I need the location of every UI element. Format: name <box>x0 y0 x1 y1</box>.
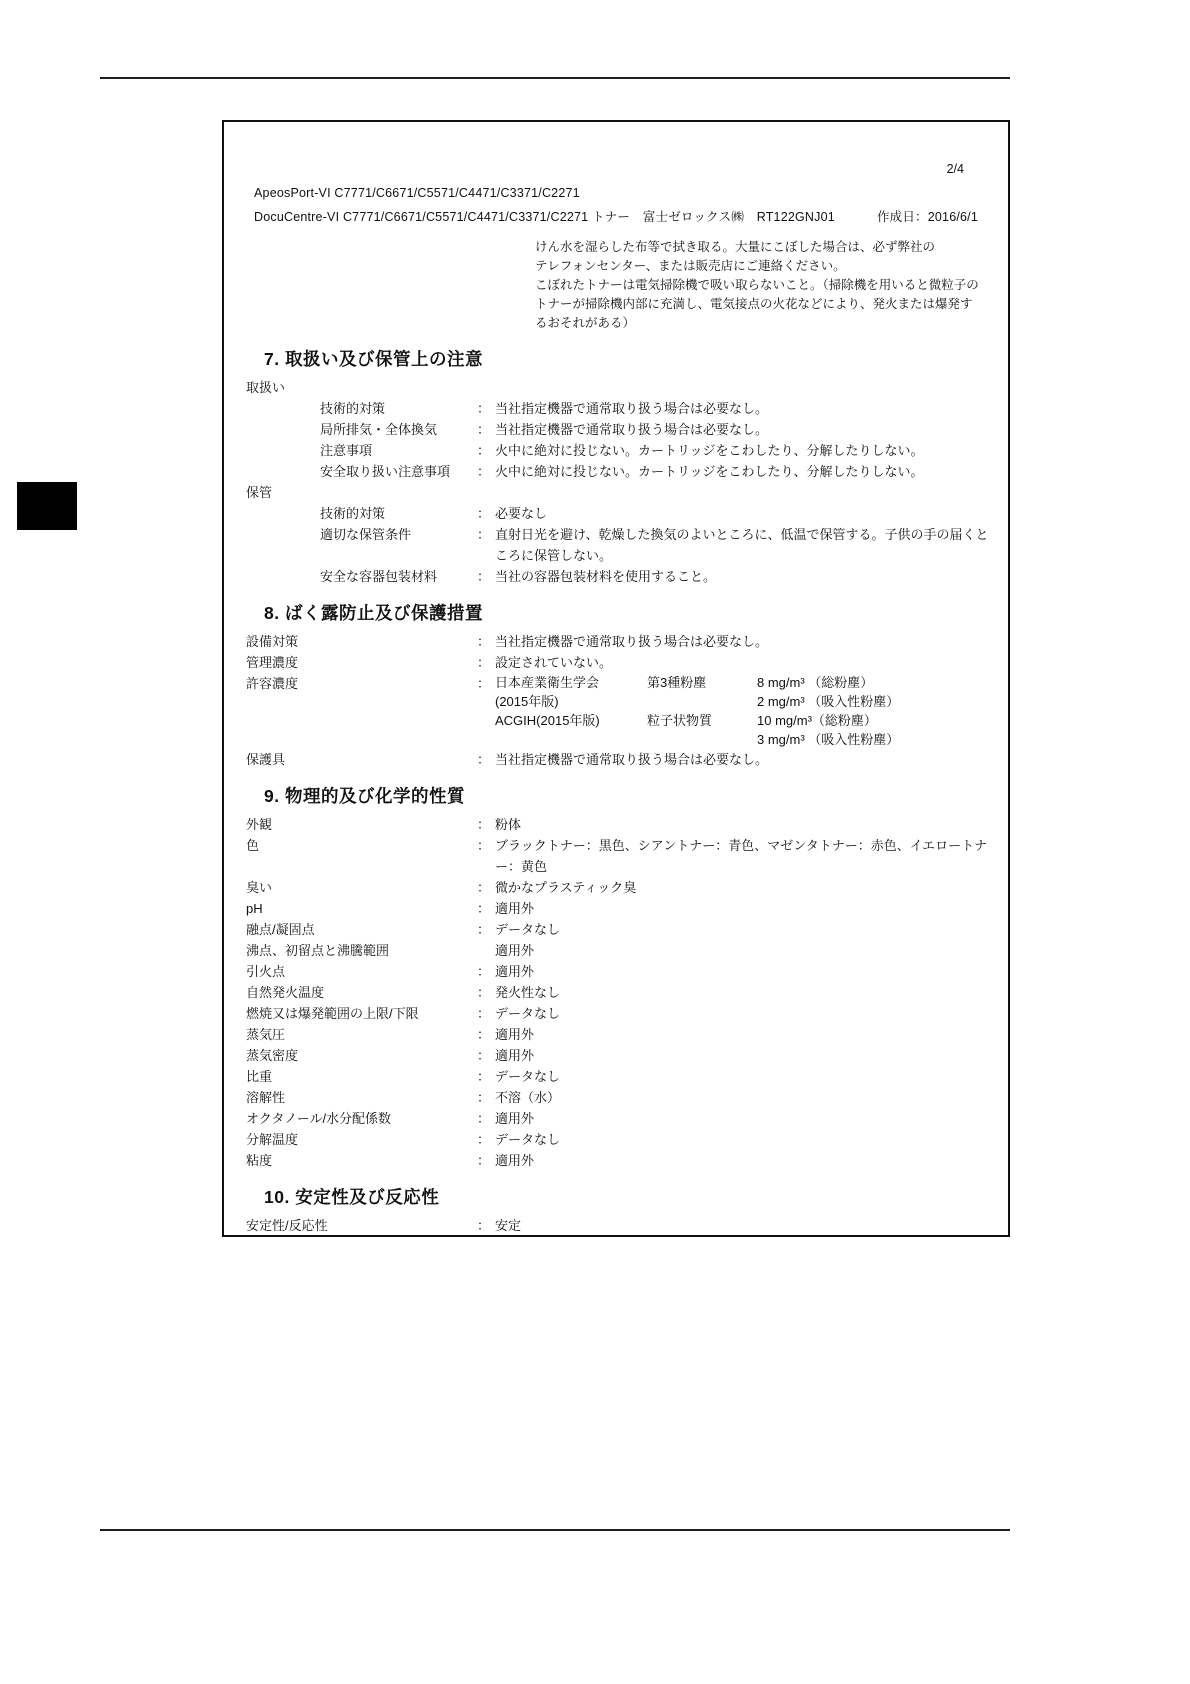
colon-separator: ： <box>477 524 495 566</box>
colon-separator: ： <box>477 652 495 673</box>
property-row: 保護具 ： 当社指定機器で通常取り扱う場合は必要なし。 <box>224 749 1008 770</box>
property-row: 燃焼又は爆発範囲の上限/下限 ： データなし <box>224 1003 1008 1024</box>
property-row: 安全な容器包装材料 ： 当社の容器包装材料を使用すること。 <box>224 566 1008 587</box>
property-value: 適用外 <box>495 961 1008 982</box>
colon-separator: ： <box>477 898 495 919</box>
property-value: 適用外 <box>495 1108 1008 1129</box>
property-label: 蒸気密度 <box>246 1045 477 1066</box>
property-row: 注意事項 ： 火中に絶対に投じない。カートリッジをこわしたり、分解したりしない。 <box>224 440 1008 461</box>
section-7: 7. 取扱い及び保管上の注意 取扱い 技術的対策 ： 当社指定機器で通常取り扱う… <box>224 346 1008 587</box>
property-row: 色 ： ブラックトナー：黒色、シアントナー：青色、マゼンタトナー：赤色、イエロー… <box>224 835 1008 877</box>
property-label: 色 <box>246 835 477 877</box>
group-label-handling: 取扱い <box>246 377 1008 398</box>
property-value: 当社指定機器で通常取り扱う場合は必要なし。 <box>495 419 1008 440</box>
property-row: 蒸気圧 ： 適用外 <box>224 1024 1008 1045</box>
property-value: 適用外 <box>495 940 1008 961</box>
property-value: 設定されていない。 <box>495 652 1008 673</box>
property-label: 比重 <box>246 1066 477 1087</box>
property-value: 当社の容器包装材料を使用すること。 <box>495 566 1008 587</box>
colon-separator: ： <box>477 461 495 482</box>
colon-separator: ： <box>477 814 495 835</box>
paragraph-line: けん水を湿らした布等で拭き取る。大量にこぼした場合は、必ず弊社の <box>535 238 984 257</box>
property-row: pH ： 適用外 <box>224 898 1008 919</box>
property-value: 当社指定機器で通常取り扱う場合は必要なし。 <box>495 398 1008 419</box>
property-row: 適切な保管条件 ： 直射日光を避け、乾燥した換気のよいところに、低温で保管する。… <box>224 524 1008 566</box>
property-value: 安定 <box>495 1215 1008 1236</box>
property-row: 外観 ： 粉体 <box>224 814 1008 835</box>
colon-separator: ： <box>477 1129 495 1150</box>
colon-separator: ： <box>477 1087 495 1108</box>
property-value: 可能性なし <box>495 1236 1008 1237</box>
property-label: 燃焼又は爆発範囲の上限/下限 <box>246 1003 477 1024</box>
bottom-rule <box>100 1529 1010 1531</box>
property-row: 引火点 ： 適用外 <box>224 961 1008 982</box>
property-label: 技術的対策 <box>320 398 477 419</box>
colon-separator: ： <box>477 503 495 524</box>
tolerance-value: 8 mg/m³ （総粉塵） <box>757 673 998 692</box>
section-9-title: 9. 物理的及び化学的性質 <box>264 783 1008 808</box>
group-label-storage: 保管 <box>246 482 1008 503</box>
property-row: 管理濃度 ： 設定されていない。 <box>224 652 1008 673</box>
property-row: 技術的対策 ： 必要なし <box>224 503 1008 524</box>
property-value: 火中に絶対に投じない。カートリッジをこわしたり、分解したりしない。 <box>495 440 1008 461</box>
sds-page: 2/4 ApeosPort-VI C7771/C6671/C5571/C4471… <box>222 120 1010 1237</box>
property-value: データなし <box>495 1066 1008 1087</box>
section-7-title: 7. 取扱い及び保管上の注意 <box>264 346 1008 371</box>
property-label: 局所排気・全体換気 <box>320 419 477 440</box>
colon-separator: ： <box>477 1066 495 1087</box>
property-label: 安全取り扱い注意事項 <box>320 461 477 482</box>
property-row: 安全取り扱い注意事項 ： 火中に絶対に投じない。カートリッジをこわしたり、分解し… <box>224 461 1008 482</box>
property-row: 設備対策 ： 当社指定機器で通常取り扱う場合は必要なし。 <box>224 631 1008 652</box>
colon-separator: ： <box>477 1215 495 1236</box>
property-value: 直射日光を避け、乾燥した換気のよいところに、低温で保管する。子供の手の届くところ… <box>495 524 1008 566</box>
property-row: 融点/凝固点 ： データなし <box>224 919 1008 940</box>
property-value: 適用外 <box>495 1150 1008 1171</box>
binding-mark <box>17 482 77 530</box>
colon-separator: ： <box>477 877 495 898</box>
paragraph-line: こぼれたトナーは電気掃除機で吸い取らないこと。（掃除機を用いると微粒子の <box>535 276 984 295</box>
property-label: 外観 <box>246 814 477 835</box>
property-row: 溶解性 ： 不溶（水） <box>224 1087 1008 1108</box>
colon-separator: ： <box>477 631 495 652</box>
colon-separator: ： <box>477 673 495 749</box>
property-value: 当社指定機器で通常取り扱う場合は必要なし。 <box>495 749 1008 770</box>
continued-paragraph: けん水を湿らした布等で拭き取る。大量にこぼした場合は、必ず弊社の テレフォンセン… <box>535 238 984 333</box>
property-row: 安定性/反応性 ： 安定 <box>224 1215 1008 1236</box>
section-8: 8. ばく露防止及び保護措置 設備対策 ： 当社指定機器で通常取り扱う場合は必要… <box>224 600 1008 770</box>
product-name-line1: ApeosPort-VI C7771/C6671/C5571/C4471/C33… <box>254 186 1008 200</box>
colon-separator: ： <box>477 835 495 877</box>
property-value: 微かなプラスティック臭 <box>495 877 1008 898</box>
tolerance-org <box>495 730 647 749</box>
property-value: 発火性なし <box>495 982 1008 1003</box>
property-label: 安定性/反応性 <box>246 1215 477 1236</box>
top-rule <box>100 77 1010 79</box>
tolerance-value: 3 mg/m³ （吸入性粉塵） <box>757 730 998 749</box>
colon-separator: ： <box>477 1024 495 1045</box>
tolerance-value: 10 mg/m³（総粉塵） <box>757 711 998 730</box>
created-date: 作成日：2016/6/1 <box>877 207 978 225</box>
property-value: ブラックトナー：黒色、シアントナー：青色、マゼンタトナー：赤色、イエロートナー：… <box>495 835 1008 877</box>
property-value: データなし <box>495 1129 1008 1150</box>
property-label: pH <box>246 898 477 919</box>
tolerance-org: (2015年版) <box>495 692 647 711</box>
colon-separator: ： <box>477 1150 495 1171</box>
property-value: 適用外 <box>495 898 1008 919</box>
section-10-title: 10. 安定性及び反応性 <box>264 1184 1008 1209</box>
colon-separator: ： <box>477 982 495 1003</box>
tolerance-org: ACGIH(2015年版) <box>495 711 647 730</box>
colon-separator: ： <box>477 1108 495 1129</box>
property-label: 管理濃度 <box>246 652 477 673</box>
property-label: オクタノール/水分配係数 <box>246 1108 477 1129</box>
section-10: 10. 安定性及び反応性 安定性/反応性 ： 安定 危険有害反応可能性 ： 可能… <box>224 1184 1008 1237</box>
property-label: 保護具 <box>246 749 477 770</box>
colon-separator: ： <box>477 398 495 419</box>
tolerance-org: 日本産業衛生学会 <box>495 673 647 692</box>
property-label: 適切な保管条件 <box>320 524 477 566</box>
page-number: 2/4 <box>224 122 1008 176</box>
property-value: 適用外 <box>495 1045 1008 1066</box>
property-row: 分解温度 ： データなし <box>224 1129 1008 1150</box>
property-value: 当社指定機器で通常取り扱う場合は必要なし。 <box>495 631 1008 652</box>
tolerance-row: 許容濃度 ： 日本産業衛生学会 第3種粉塵 8 mg/m³ （総粉塵） (201… <box>224 673 1008 749</box>
property-row: 粘度 ： 適用外 <box>224 1150 1008 1171</box>
colon-separator: ： <box>477 419 495 440</box>
property-row: 自然発火温度 ： 発火性なし <box>224 982 1008 1003</box>
tolerance-value: 2 mg/m³ （吸入性粉塵） <box>757 692 998 711</box>
tolerance-kind <box>647 730 757 749</box>
property-value: データなし <box>495 919 1008 940</box>
property-label: 自然発火温度 <box>246 982 477 1003</box>
property-value: 不溶（水） <box>495 1087 1008 1108</box>
property-row: 蒸気密度 ： 適用外 <box>224 1045 1008 1066</box>
property-row: オクタノール/水分配係数 ： 適用外 <box>224 1108 1008 1129</box>
property-row: 沸点、初留点と沸騰範囲 適用外 <box>224 940 1008 961</box>
property-label: 許容濃度 <box>246 673 477 749</box>
property-row: 比重 ： データなし <box>224 1066 1008 1087</box>
property-label: 臭い <box>246 877 477 898</box>
tolerance-kind: 粒子状物質 <box>647 711 757 730</box>
document-header-line2: DocuCentre-VI C7771/C6671/C5571/C4471/C3… <box>254 207 978 225</box>
property-value: データなし <box>495 1003 1008 1024</box>
property-label: 分解温度 <box>246 1129 477 1150</box>
colon-separator: ： <box>477 440 495 461</box>
property-label: 蒸気圧 <box>246 1024 477 1045</box>
property-label: 安全な容器包装材料 <box>320 566 477 587</box>
property-value: 必要なし <box>495 503 1008 524</box>
colon-separator: ： <box>477 1045 495 1066</box>
property-label: 設備対策 <box>246 631 477 652</box>
property-value: 適用外 <box>495 1024 1008 1045</box>
paragraph-line: テレフォンセンター、または販売店にご連絡ください。 <box>535 257 984 276</box>
paragraph-line: トナーが掃除機内部に充満し、電気接点の火花などにより、発火または爆発す <box>535 295 984 314</box>
tolerance-kind: 第3種粉塵 <box>647 673 757 692</box>
product-name-line2: DocuCentre-VI C7771/C6671/C5571/C4471/C3… <box>254 207 835 225</box>
property-label: 粘度 <box>246 1150 477 1171</box>
property-value: 火中に絶対に投じない。カートリッジをこわしたり、分解したりしない。 <box>495 461 1008 482</box>
section-8-title: 8. ばく露防止及び保護措置 <box>264 600 1008 625</box>
colon-separator-blank <box>477 940 495 961</box>
colon-separator: ： <box>477 566 495 587</box>
tolerance-kind <box>647 692 757 711</box>
colon-separator: ： <box>477 919 495 940</box>
colon-separator: ： <box>477 1003 495 1024</box>
colon-separator: ： <box>477 749 495 770</box>
property-value: 粉体 <box>495 814 1008 835</box>
property-row: 技術的対策 ： 当社指定機器で通常取り扱う場合は必要なし。 <box>224 398 1008 419</box>
paragraph-line: るおそれがある） <box>535 314 984 333</box>
property-row: 危険有害反応可能性 ： 可能性なし <box>224 1236 1008 1237</box>
property-row: 臭い ： 微かなプラスティック臭 <box>224 877 1008 898</box>
property-label: 危険有害反応可能性 <box>246 1236 477 1237</box>
colon-separator: ： <box>477 961 495 982</box>
section-9: 9. 物理的及び化学的性質 外観 ： 粉体 色 ： ブラックトナー：黒色、シアン… <box>224 783 1008 1171</box>
property-label: 溶解性 <box>246 1087 477 1108</box>
property-label: 引火点 <box>246 961 477 982</box>
property-label: 技術的対策 <box>320 503 477 524</box>
property-label: 融点/凝固点 <box>246 919 477 940</box>
property-label: 沸点、初留点と沸騰範囲 <box>246 940 477 961</box>
colon-separator: ： <box>477 1236 495 1237</box>
property-row: 局所排気・全体換気 ： 当社指定機器で通常取り扱う場合は必要なし。 <box>224 419 1008 440</box>
property-label: 注意事項 <box>320 440 477 461</box>
tolerance-table: 日本産業衛生学会 第3種粉塵 8 mg/m³ （総粉塵） (2015年版) 2 … <box>495 673 1008 749</box>
